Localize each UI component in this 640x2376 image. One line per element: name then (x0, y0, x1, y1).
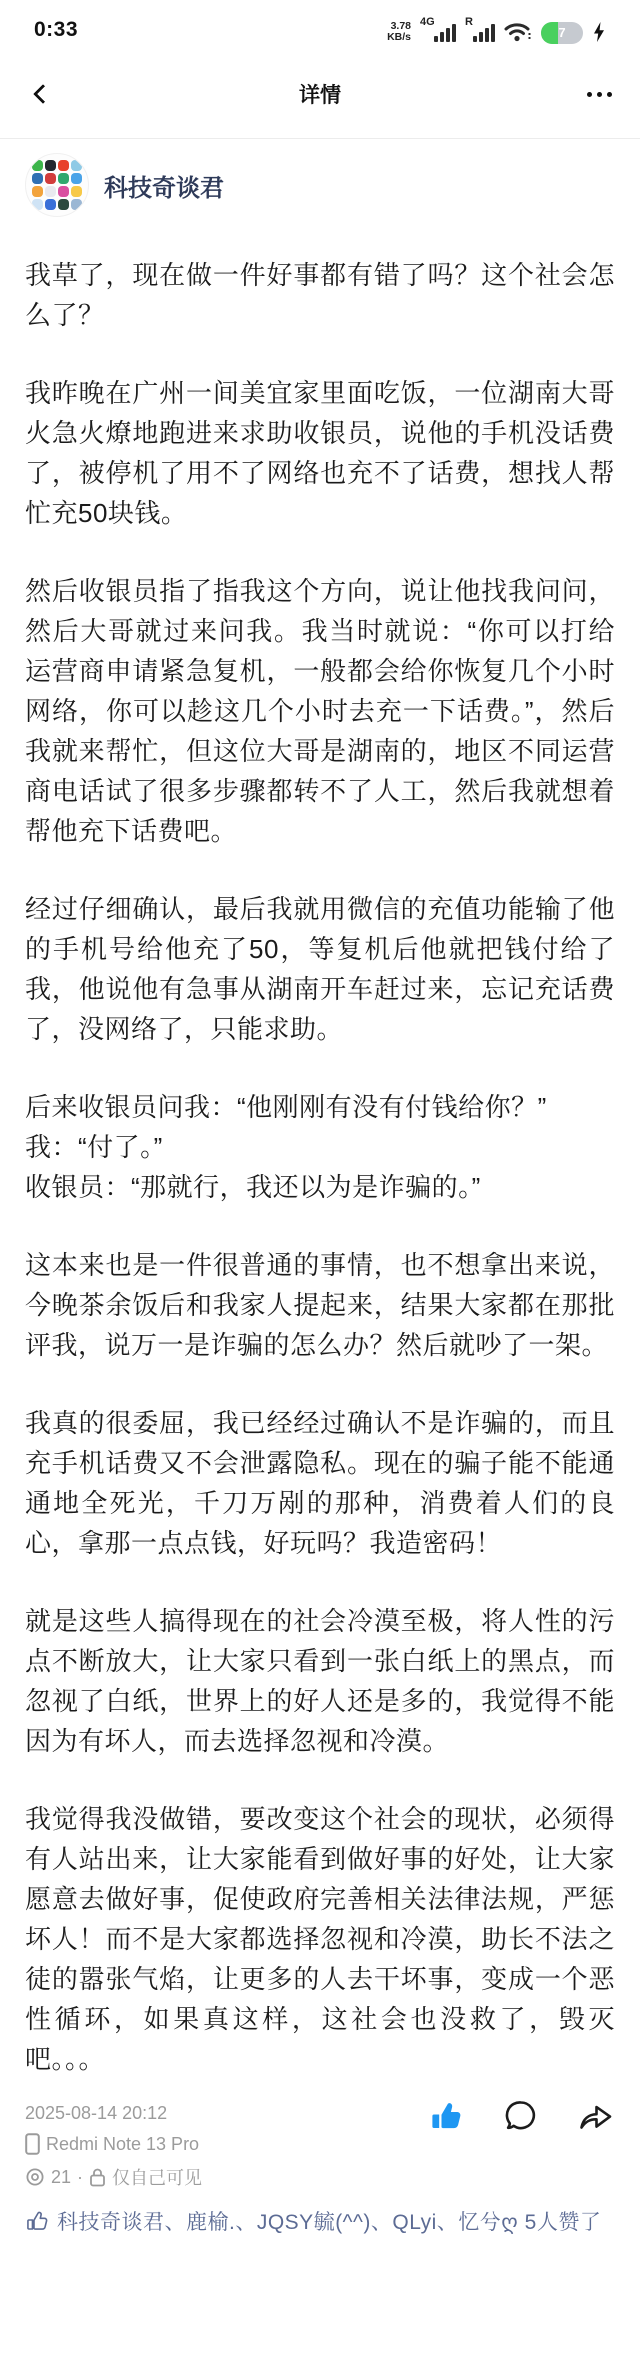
share-arrow-icon (577, 2098, 615, 2134)
liked-users-list: 科技奇谈君、鹿榆.、JQSY毓(^^)、QLyi、忆兮ღ 5人赞了 (57, 2211, 601, 2234)
post-paragraph: 这本来也是一件很普通的事情，也不想拿出来说，今晚茶余饭后和我家人提起来，结果大家… (25, 1245, 615, 1365)
comment-button[interactable] (502, 2097, 540, 2135)
post-paragraph: 我觉得我没做错，要改变这个社会的现状，必须得有人站出来，让大家能看到做好事的好处… (25, 1799, 615, 2079)
post-paragraph: 我真的很委屈，我已经经过确认不是诈骗的，而且充手机话费又不会泄露隐私。现在的骗子… (25, 1403, 615, 1563)
back-button[interactable] (26, 77, 60, 111)
charging-bolt-icon (592, 21, 606, 43)
page-title: 详情 (299, 79, 341, 109)
liked-user[interactable]: 忆兮ღ (458, 2211, 518, 2234)
lock-icon (89, 2167, 106, 2187)
post-paragraph: 就是这些人搞得现在的社会冷漠至极，将人性的污点不断放大，让大家只看到一张白纸上的… (25, 1601, 615, 1761)
post-paragraph: 后来收银员问我：“他刚刚有没有付钱给你？” 我：“付了。” 收银员：“那就行，我… (25, 1087, 615, 1207)
status-icons: 3.78 KB/s 4G R 7 (387, 17, 606, 44)
post-paragraph: 我草了，现在做一件好事都有错了吗？这个社会怎么了？ (25, 255, 615, 335)
like-button[interactable] (427, 2097, 465, 2135)
more-options-button[interactable] (587, 77, 612, 111)
phone-icon (25, 2133, 40, 2155)
battery-icon: 7 (541, 22, 583, 44)
author-name[interactable]: 科技奇谈君 (104, 168, 224, 203)
chevron-left-icon (33, 84, 53, 104)
comment-bubble-icon (503, 2098, 539, 2134)
liked-user[interactable]: JQSY毓(^^) (257, 2211, 371, 2234)
signal-sim1-icon: 4G (420, 17, 456, 44)
liked-user[interactable]: 鹿榆. (186, 2211, 235, 2234)
clock: 0:33 (34, 18, 78, 42)
post-footer: 2025-08-14 20:12 Red (25, 2103, 615, 2239)
share-button[interactable] (577, 2097, 615, 2135)
post-detail: 科技奇谈君 我草了，现在做一件好事都有错了吗？这个社会怎么了？我昨晚在广州一间美… (0, 153, 640, 2239)
battery-level: 7 (541, 22, 583, 44)
liked-user[interactable]: 科技奇谈君 (57, 2211, 165, 2234)
thumbs-up-outline-icon (25, 2209, 49, 2233)
post-paragraph: 经过仔细确认，最后我就用微信的充值功能输了他的手机号给他充了50，等复机后他就把… (25, 889, 615, 1049)
post-paragraph: 我昨晚在广州一间美宜家里面吃饭，一位湖南大哥火急火燎地跑进来求助收银员，说他的手… (25, 373, 615, 533)
nav-bar: 详情 (0, 50, 640, 138)
meta-separator: · (77, 2167, 83, 2188)
liked-by-row: 科技奇谈君、鹿榆.、JQSY毓(^^)、QLyi、忆兮ღ 5人赞了 (25, 2206, 615, 2239)
device-name: Redmi Note 13 Pro (46, 2134, 199, 2155)
avatar[interactable] (25, 153, 89, 217)
visibility-row: 21 · 仅自己可见 (25, 2164, 615, 2190)
visibility-label: 仅自己可见 (112, 2164, 202, 2190)
post-body: 我草了，现在做一件好事都有错了吗？这个社会怎么了？我昨晚在广州一间美宜家里面吃饭… (25, 255, 615, 2079)
network-speed: 3.78 KB/s (387, 21, 411, 43)
thumbs-up-icon (428, 2098, 464, 2134)
post-paragraph: 然后收银员指了指我这个方向，说让他找我问问，然后大哥就过来问我。我当时就说：“你… (25, 571, 615, 851)
device-row: Redmi Note 13 Pro (25, 2133, 615, 2155)
sim2-roaming-indicator: R (465, 16, 473, 28)
post-actions (427, 2097, 615, 2135)
signal-sim2-icon: R (465, 17, 495, 44)
liked-user[interactable]: QLyi (392, 2211, 436, 2234)
wifi-icon (504, 21, 532, 43)
network-speed-value: 3.78 (391, 21, 411, 32)
views-icon (25, 2167, 45, 2187)
network-speed-unit: KB/s (387, 32, 411, 43)
sim1-network-type: 4G (420, 16, 435, 28)
post-timestamp: 2025-08-14 20:12 (25, 2103, 167, 2124)
status-bar: 0:33 3.78 KB/s 4G R 7 (0, 0, 640, 50)
view-count: 21 (51, 2167, 71, 2188)
author-row: 科技奇谈君 (25, 153, 615, 217)
nav-divider (0, 138, 640, 139)
